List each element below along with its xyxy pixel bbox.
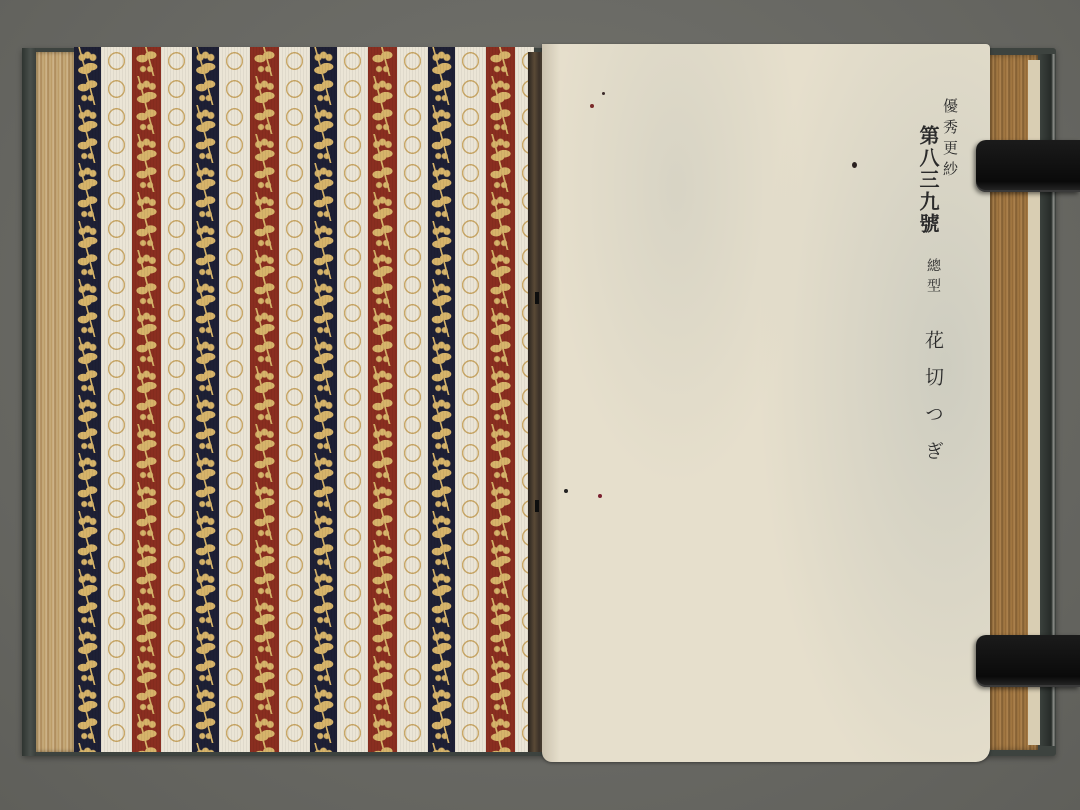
fabric-stripe-navy [428, 47, 455, 752]
fabric-stripe-cream [101, 47, 132, 752]
collection-title: 優秀更紗 [942, 98, 957, 182]
fabric-stripe-cream [397, 47, 428, 752]
paper-speck [564, 489, 568, 493]
binding-stitch [535, 292, 539, 304]
pattern-name: 花切つぎ [923, 330, 942, 478]
fabric-stripe-navy [192, 47, 219, 752]
fabric-stripe-cream [219, 47, 250, 752]
paper-speck [852, 162, 857, 168]
book-photo-scene: 優秀更紗 第八三九號 總型 花切つぎ [0, 0, 1080, 810]
cover-edge-left [22, 48, 36, 756]
sample-number: 第八三九號 [918, 125, 938, 235]
fabric-stripe-red [486, 47, 515, 752]
fabric-stripe-red [132, 47, 161, 752]
paper-speck [590, 104, 594, 108]
type-label: 總型 [926, 258, 940, 298]
paper-speck [602, 92, 605, 95]
fabric-stripe-red [250, 47, 279, 752]
binder-clip-top [976, 140, 1080, 192]
fabric-stripe-cream [455, 47, 486, 752]
binding-stitch [535, 500, 539, 512]
fabric-stripe-cream [337, 47, 368, 752]
fabric-stripe-cream [161, 47, 192, 752]
fabric-stripe-navy [310, 47, 337, 752]
left-page-stack [36, 52, 74, 752]
fabric-sample-page [74, 47, 534, 752]
fabric-stripe-navy [74, 47, 101, 752]
fabric-stripe-cream [279, 47, 310, 752]
binder-clip-bottom [976, 635, 1080, 687]
paper-speck [598, 494, 602, 498]
fabric-stripe-red [368, 47, 397, 752]
